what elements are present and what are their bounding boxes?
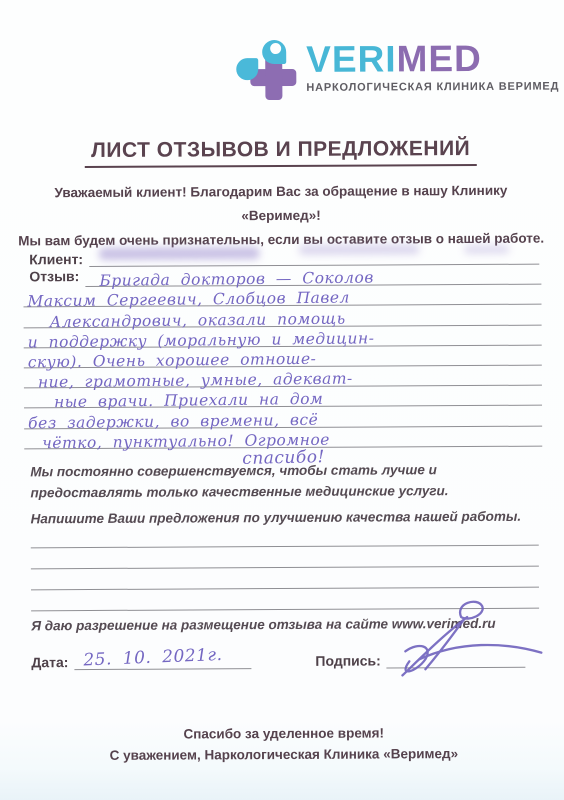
review-row: ние, грамотные, умные, адекват-	[24, 366, 542, 389]
client-name-redacted-blur	[99, 247, 259, 260]
blank-rule-line	[31, 588, 539, 612]
date-cell: Дата: 25. 10. 2021г.	[31, 648, 251, 670]
document-title-text: ЛИСТ ОТЗЫВОВ И ПРЕДЛОЖЕНИЙ	[85, 137, 476, 168]
blank-rule-line	[31, 567, 539, 591]
review-label: Отзыв:	[23, 268, 85, 288]
review-row: и поддержку (моральную и медицин-	[24, 325, 542, 348]
review-row: чётко, пунктуально! Огромное	[24, 426, 542, 449]
suggestion-lines	[31, 525, 539, 612]
improvement-paragraph: Мы постоянно совершенствуемся, чтобы ста…	[30, 459, 534, 504]
review-section: Отзыв: Бригада докторов — Соколов Максим…	[23, 266, 542, 469]
footer-line-2: С уважением, Наркологическая Клиника «Ве…	[2, 743, 564, 767]
client-name-redacted-blur	[464, 245, 509, 254]
review-row: Александрович, оказали помощь	[24, 305, 542, 328]
brand-part-veri: VERI	[306, 38, 397, 79]
review-row: ные врачи. Приехали на дом	[24, 386, 542, 409]
blank-rule-line	[31, 525, 539, 549]
signature-label: Подпись:	[315, 652, 387, 668]
medical-cross-icon	[236, 40, 300, 102]
review-rule-line: Бригада докторов — Соколов	[85, 266, 541, 288]
client-label: Клиент:	[29, 251, 89, 267]
clinic-subtitle: НАРКОЛОГИЧЕСКАЯ КЛИНИКА ВЕРИМЕД	[306, 81, 559, 94]
review-row: без задержки, во времени, всё	[24, 406, 542, 429]
signature-cell: Подпись:	[315, 647, 525, 669]
leaf-shape-left	[236, 58, 258, 80]
brand-wordmark: VERIMED	[306, 39, 559, 80]
person-figure-shape	[262, 40, 286, 64]
client-name-redacted-blur	[299, 244, 419, 255]
review-row: скую). Очень хорошее отноше-	[24, 345, 542, 368]
logo-text-block: VERIMED НАРКОЛОГИЧЕСКАЯ КЛИНИКА ВЕРИМЕД	[306, 39, 559, 94]
review-row: Максим Сергеевич, Слобцов Павел	[23, 285, 541, 308]
intro-line-1: Уважаемый клиент! Благодарим Вас за обра…	[15, 179, 547, 230]
signature-rule-line	[387, 647, 526, 669]
date-label: Дата:	[31, 654, 74, 670]
verimed-logo: VERIMED НАРКОЛОГИЧЕСКАЯ КЛИНИКА ВЕРИМЕД	[236, 39, 559, 103]
brand-part-med: MED	[396, 38, 481, 79]
date-signature-row: Дата: 25. 10. 2021г. Подпись:	[31, 647, 525, 671]
footer-thanks: Спасибо за уделенное время! С уважением,…	[2, 722, 564, 767]
scanned-feedback-sheet: VERIMED НАРКОЛОГИЧЕСКАЯ КЛИНИКА ВЕРИМЕД …	[0, 0, 564, 800]
blank-rule-line	[31, 546, 539, 570]
site-permission-note: Я даю разрешение на размещение отзыва на…	[31, 613, 535, 637]
footer-line-1: Спасибо за уделенное время!	[2, 722, 564, 746]
document-title: ЛИСТ ОТЗЫВОВ И ПРЕДЛОЖЕНИЙ	[0, 137, 563, 169]
